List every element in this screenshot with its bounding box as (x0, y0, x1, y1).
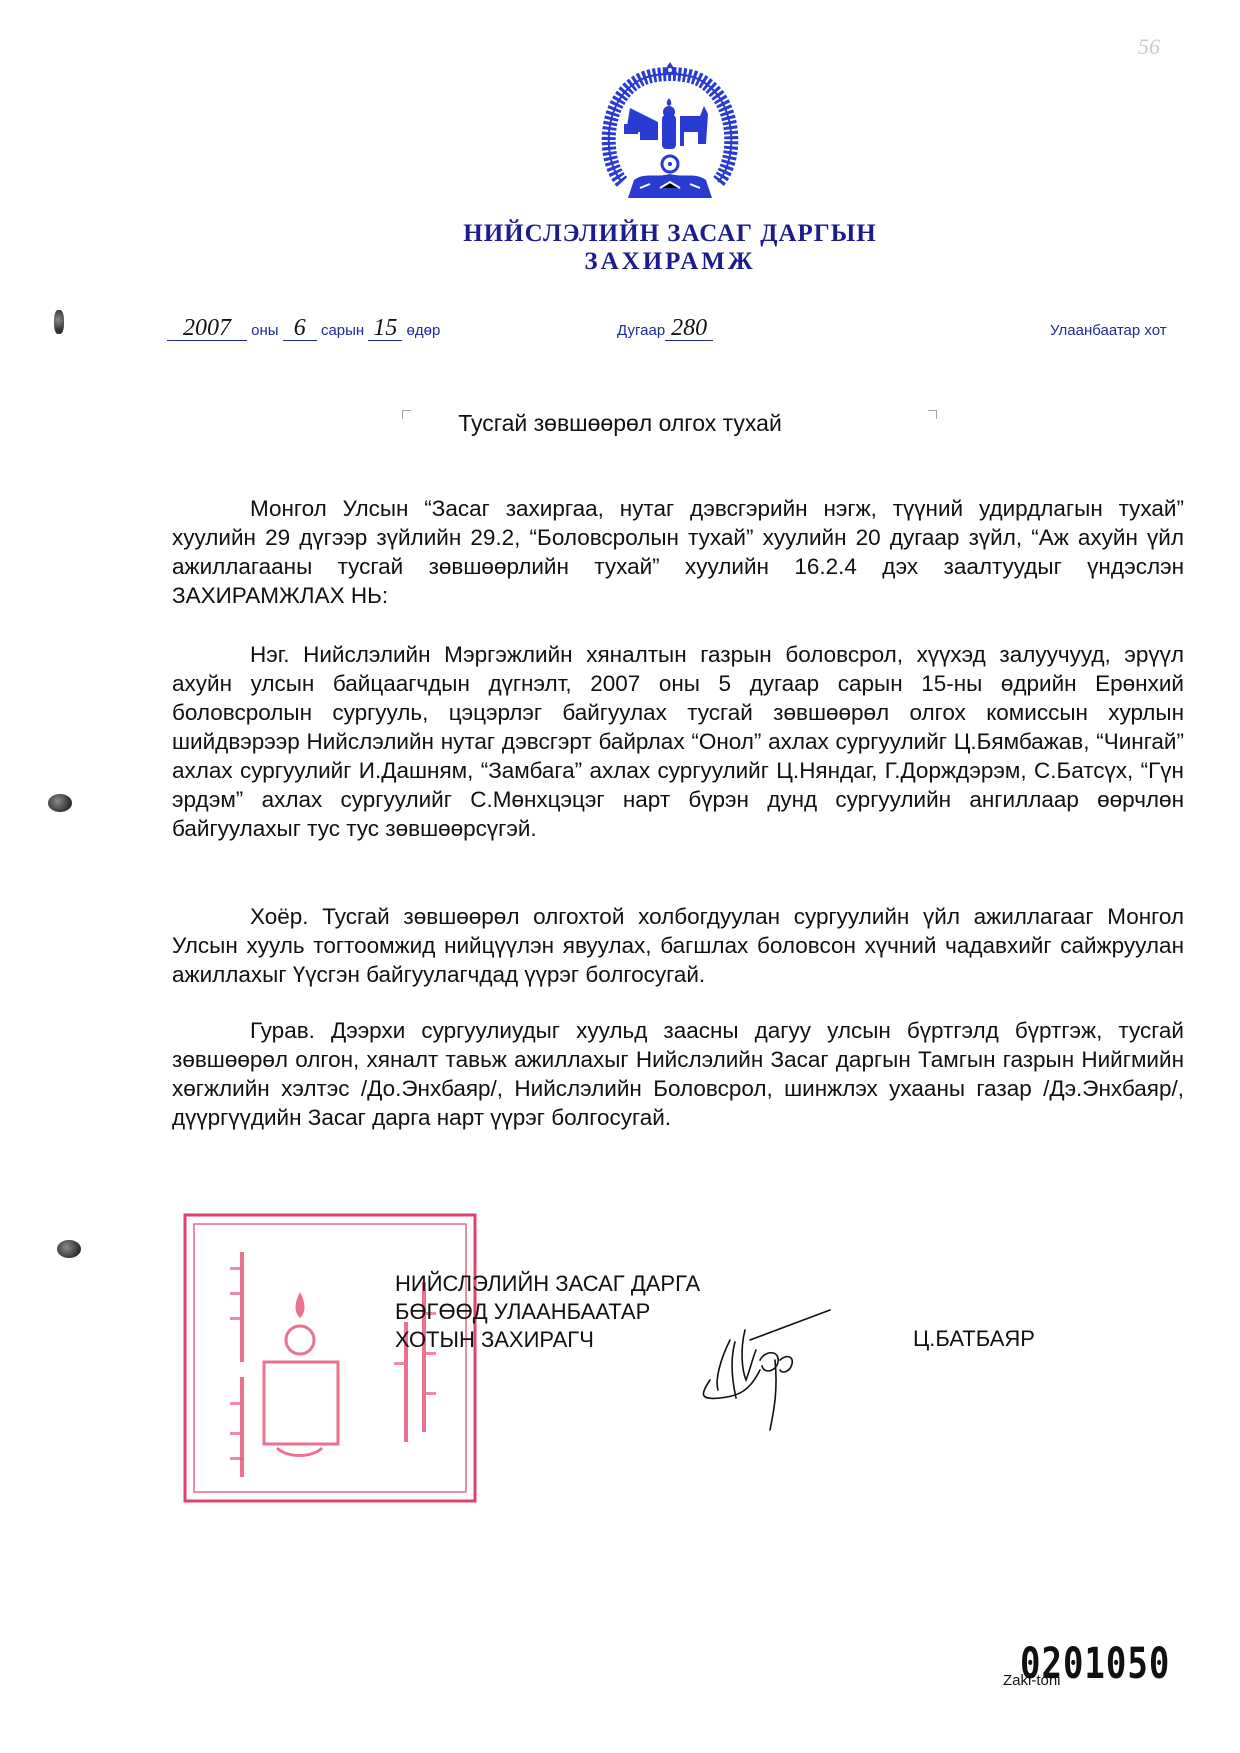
month-value: 6 (283, 316, 317, 341)
punch-hole-middle (48, 794, 72, 812)
signatory-title-line1: НИЙСЛЭЛИЙН ЗАСАГ ДАРГА (395, 1270, 700, 1298)
clause-three-paragraph: Гурав. Дээрхи сургуулиудыг хуульд заасны… (172, 1016, 1184, 1132)
preamble-paragraph: Монгол Улсын “Засаг захиргаа, нутаг дэвс… (172, 494, 1184, 610)
page-number-mark: 56 (1138, 34, 1160, 60)
document-number: Дугаар280 (617, 316, 713, 341)
org-title: НИЙСЛЭЛИЙН ЗАСАГ ДАРГЫН ЗАХИРАМЖ (0, 220, 1240, 276)
signatory-title-line2: БӨГӨӨД УЛААНБААТАР (395, 1298, 700, 1326)
punch-hole-top (54, 310, 64, 334)
month-label: сарын (321, 322, 364, 339)
year-label: оны (251, 322, 278, 339)
org-title-line1: НИЙСЛЭЛИЙН ЗАСАГ ДАРГЫН (0, 220, 1240, 248)
paragraph-clause-3: Гурав. Дээрхи сургуулиудыг хуульд заасны… (172, 1016, 1184, 1132)
signatory-name: Ц.БАТБАЯР (913, 1326, 1035, 1352)
signatory-title: НИЙСЛЭЛИЙН ЗАСАГ ДАРГА БӨГӨӨД УЛААНБААТА… (395, 1270, 700, 1354)
handwritten-signature (690, 1300, 850, 1440)
punch-hole-bottom (57, 1240, 81, 1258)
overlay-label: Zaki-toni (1003, 1672, 1061, 1689)
official-seal-stamp (182, 1212, 480, 1506)
paragraph-clause-1: Нэг. Нийслэлийн Мэргэжлийн хяналтын газр… (172, 640, 1184, 843)
state-emblem-icon (600, 60, 740, 202)
org-title-line2: ЗАХИРАМЖ (0, 248, 1240, 276)
subject-title: Тусгай зөвшөөрөл олгох тухай (0, 410, 1240, 437)
clause-two-paragraph: Хоёр. Тусгай зөвшөөрөл олгохтой холбогду… (172, 902, 1184, 989)
signatory-title-line3: ХОТЫН ЗАХИРАГЧ (395, 1326, 700, 1354)
clause-one-paragraph: Нэг. Нийслэлийн Мэргэжлийн хяналтын газр… (172, 640, 1184, 843)
number-value: 280 (665, 316, 713, 341)
day-label: өдөр (407, 322, 441, 339)
paragraph-clause-2: Хоёр. Тусгай зөвшөөрөл олгохтой холбогду… (172, 902, 1184, 989)
year-value: 2007 (167, 316, 247, 341)
paragraph-preamble: Монгол Улсын “Засаг захиргаа, нутаг дэвс… (172, 494, 1184, 610)
number-label: Дугаар (617, 322, 665, 339)
day-value: 15 (368, 316, 402, 341)
city-label: Улаанбаатар хот (1050, 322, 1167, 339)
date-row: 2007 оны 6 сарын 15 өдөр (167, 316, 440, 341)
